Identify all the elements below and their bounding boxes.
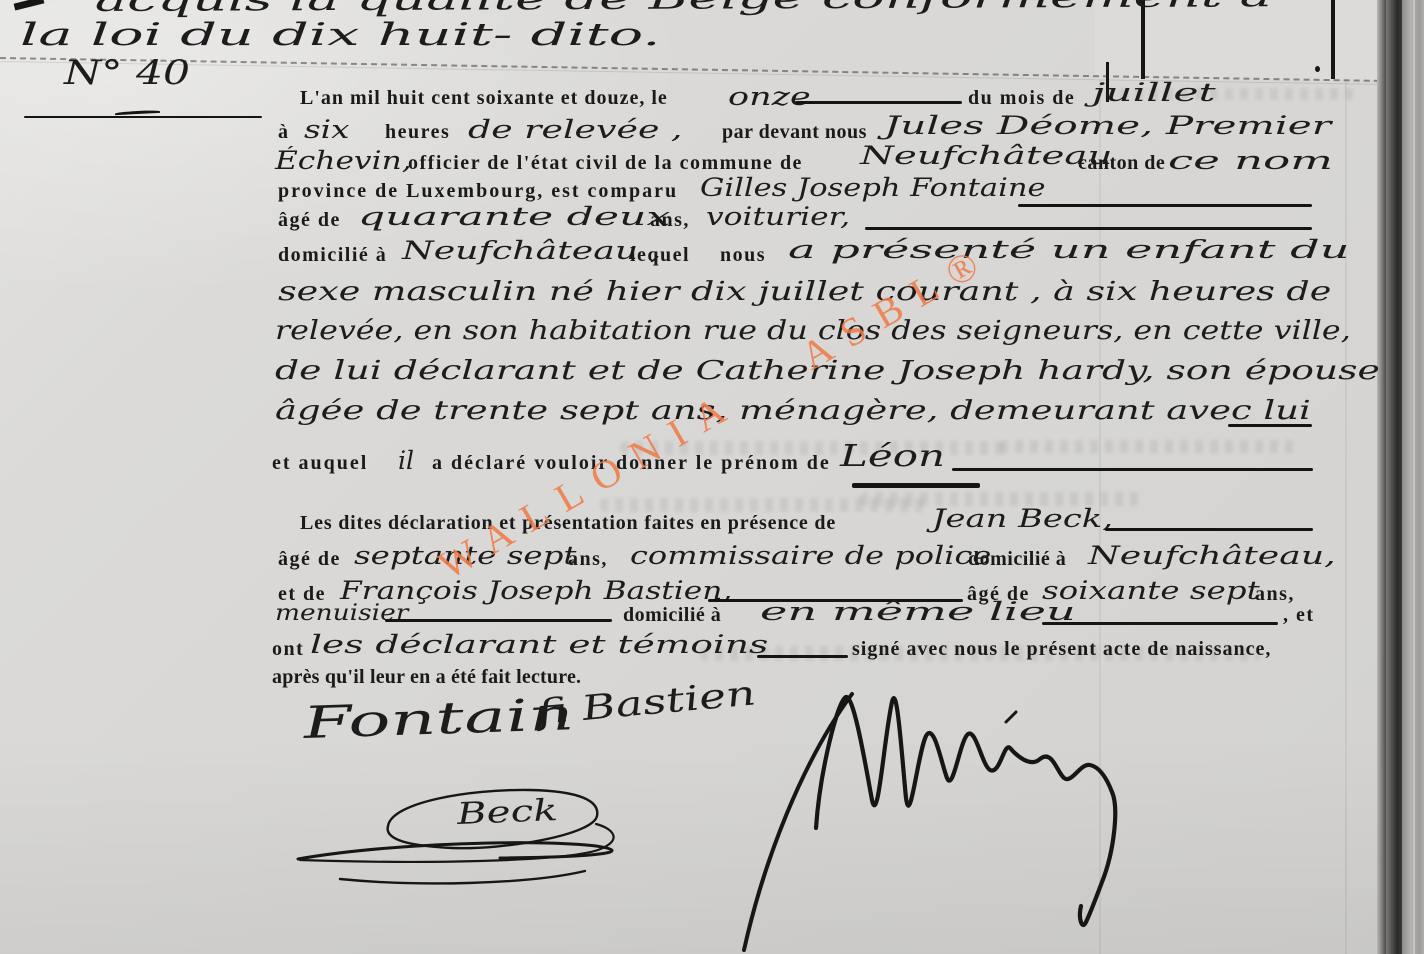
- fill-rule: [952, 468, 1313, 471]
- entry-presentation: a présenté un enfant du: [788, 237, 1350, 262]
- fill-rule: [757, 655, 848, 658]
- form-text: domicilié à: [968, 549, 1066, 569]
- form-text: par devant nous: [722, 122, 867, 142]
- form-text: ont: [272, 639, 304, 659]
- form-text: domicilié à: [623, 605, 721, 625]
- fill-rule: [795, 101, 962, 104]
- form-text: signé avec nous le présent acte de naiss…: [852, 639, 1271, 659]
- form-text: officier de l'état civil de la commune d…: [408, 153, 803, 173]
- paper-shadow-bottom: [0, 734, 1424, 954]
- entry-declarant-profession: voiturier,: [706, 204, 850, 229]
- entry-birth-details: sexe masculin né hier dix juillet couran…: [278, 279, 1331, 305]
- bleedthrough-text: [1000, 440, 1300, 453]
- entry-month: juillet: [1092, 80, 1216, 105]
- entry-time-of-day: de relevée ,: [468, 117, 682, 142]
- entry-commune: Neufchâteau: [860, 143, 1112, 168]
- ink-dot: [1315, 66, 1320, 72]
- entry-mother-details: âgée de trente sept ans, ménagère, demeu…: [275, 398, 1311, 424]
- form-text: âgé de: [278, 210, 341, 230]
- entry-declarant-name: Gilles Joseph Fontaine: [700, 175, 1046, 200]
- scanned-birth-certificate: acquis la qualité de Belge conformément …: [0, 0, 1424, 954]
- margin-line-bump: [115, 110, 160, 115]
- form-text: domicilié à: [278, 245, 387, 265]
- signature-beck: Beck: [456, 796, 559, 830]
- form-text: ans,: [568, 549, 608, 569]
- entry-witness2-name: François Joseph Bastien,: [340, 578, 732, 603]
- entry-declarant-age: quarante deux: [358, 204, 670, 229]
- form-text: canton de: [1078, 153, 1165, 173]
- margin-horizontal-line: [24, 116, 262, 118]
- page-edge-shadow: [1377, 0, 1386, 954]
- form-text: après qu'il leur en a été fait lecture.: [272, 667, 581, 687]
- form-text: , et: [1283, 605, 1315, 625]
- entry-declarant-domicile: Neufchâteau ,: [402, 238, 661, 263]
- margin-annotation-line-2: la loi du dix huit- dito.: [20, 20, 660, 51]
- page-edge-dark-band: [1386, 0, 1402, 954]
- fill-rule: [1042, 622, 1278, 625]
- form-text: ans,: [650, 210, 690, 230]
- fill-rule: [1228, 424, 1312, 427]
- entry-child-firstname: Léon: [840, 442, 945, 472]
- entry-witness1-domicile: Neufchâteau,: [1088, 543, 1336, 568]
- form-text: heures: [385, 122, 450, 142]
- top-column-rule-right: [1331, 0, 1335, 79]
- form-text: lequel: [630, 245, 690, 265]
- entry-signatories: les déclarant et témoins: [310, 632, 768, 657]
- entry-pronoun: il: [398, 448, 414, 473]
- act-number: N° 40: [64, 56, 190, 90]
- entry-witness1-name: Jean Beck,: [932, 506, 1113, 531]
- form-text: et auquel: [272, 453, 368, 473]
- fill-rule: [385, 619, 612, 622]
- entry-witness2-domicile: en même lieu: [760, 599, 1076, 624]
- entry-officer-name: Jules Déome, Premier: [884, 113, 1331, 138]
- form-text: à: [278, 122, 290, 142]
- fill-rule-bold: [852, 483, 980, 488]
- page-edge-light-line: [1413, 0, 1415, 954]
- form-text: âgé de: [278, 549, 341, 569]
- signature-flourishes: [0, 0, 1424, 954]
- entry-officer-title: Échevin,: [275, 148, 412, 173]
- fill-rule: [1105, 528, 1313, 531]
- fill-rule: [1018, 204, 1312, 207]
- form-text: du mois de: [968, 88, 1075, 108]
- entry-hour: six: [304, 117, 349, 142]
- entry-witness1-profession: commissaire de police: [630, 543, 991, 568]
- entry-canton: ce nom: [1168, 148, 1333, 173]
- corner-ink-mark: [14, 0, 45, 11]
- entry-day: onze: [728, 84, 811, 109]
- form-text: province de Luxembourg, est comparu: [278, 181, 678, 201]
- form-text: nous: [720, 245, 766, 265]
- form-text: ans,: [1255, 584, 1295, 604]
- form-text: L'an mil huit cent soixante et douze, le: [300, 88, 668, 108]
- vertical-fold-shadow-2: [1345, 80, 1347, 954]
- fill-rule: [865, 227, 1312, 230]
- margin-annotation-line-1: acquis la qualité de Belge conformément …: [95, 0, 1273, 17]
